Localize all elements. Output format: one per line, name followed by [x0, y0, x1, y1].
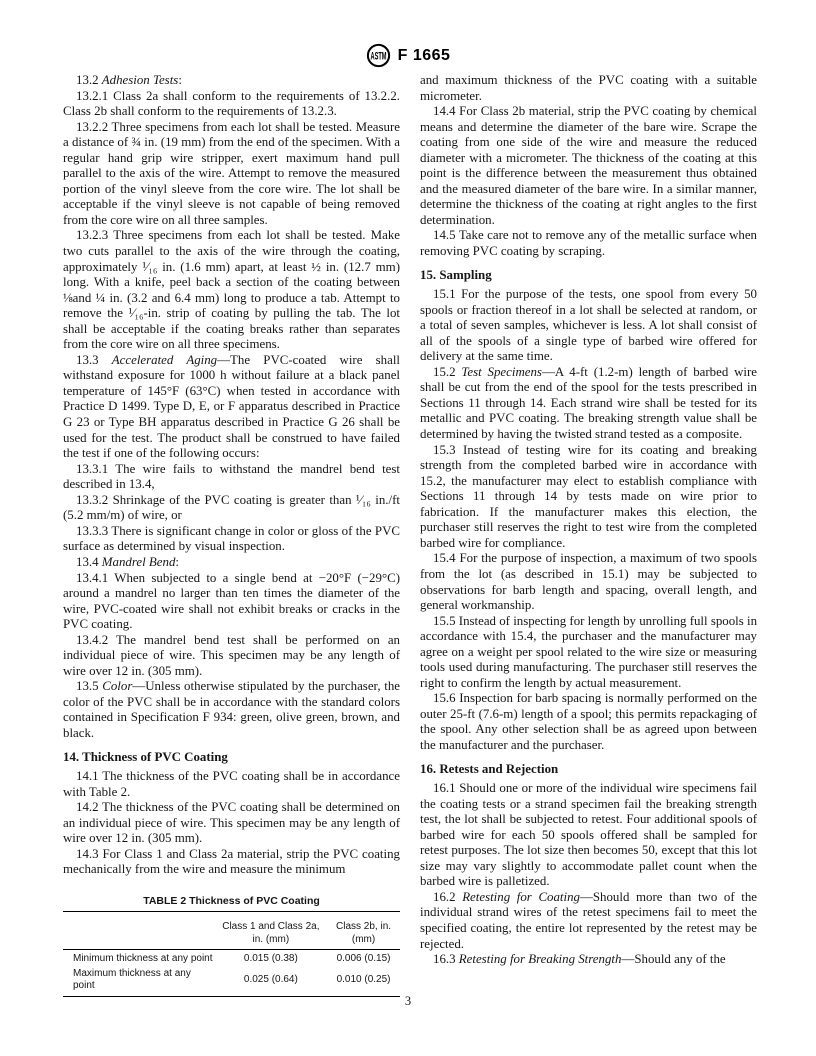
paragraph-text: 13.2.2 Three specimens from each lot sha…	[63, 120, 400, 227]
paragraph: 16.3 Retesting for Breaking Strength—Sho…	[420, 952, 757, 968]
paragraph: 15.6 Inspection for barb spacing is norm…	[420, 691, 757, 753]
paragraph-text: 13.4	[76, 555, 102, 569]
paragraph-text: 15.2	[433, 365, 461, 379]
paragraph-text: 14.4 For Class 2b material, strip the PV…	[420, 104, 757, 227]
paragraph-italic-text: Retesting for Breaking Strength	[459, 952, 622, 966]
paragraph: 14.1 The thickness of the PVC coating sh…	[63, 769, 400, 800]
paragraph: 15.5 Instead of inspecting for length by…	[420, 614, 757, 692]
doc-number: F 1665	[398, 47, 451, 65]
astm-logo-icon: ASTM	[366, 43, 391, 68]
paragraph-text: 13.3.1 The wire fails to withstand the m…	[63, 462, 400, 492]
right-column: and maximum thickness of the PVC coating…	[420, 73, 757, 997]
table-cell: 0.025 (0.64)	[215, 967, 327, 997]
paragraph-text: 15.6 Inspection for barb spacing is norm…	[420, 691, 757, 752]
page-header: ASTM F 1665	[0, 43, 816, 68]
table-2: TABLE 2 Thickness of PVC CoatingClass 1 …	[63, 895, 400, 997]
page-footer: 3	[0, 994, 816, 1009]
table-header-cell	[63, 912, 215, 950]
paragraph-italic-text: Adhesion Tests	[102, 73, 179, 87]
paragraph-text: 14.2 The thickness of the PVC coating sh…	[63, 800, 400, 845]
table-cell: 0.006 (0.15)	[327, 950, 400, 967]
paragraph-text: and maximum thickness of the PVC coating…	[420, 73, 757, 103]
paragraph-text: 15.4 For the purpose of inspection, a ma…	[420, 551, 757, 612]
paragraph: 13.3 Accelerated Aging—The PVC-coated wi…	[63, 353, 400, 462]
paragraph: 13.5 Color—Unless otherwise stipulated b…	[63, 679, 400, 741]
paragraph: 14.3 For Class 1 and Class 2a material, …	[63, 847, 400, 878]
paragraph-text: :	[178, 73, 182, 87]
paragraph-text: 14.3 For Class 1 and Class 2a material, …	[63, 847, 400, 877]
paragraph: 13.2.1 Class 2a shall conform to the req…	[63, 89, 400, 120]
paragraph-text: 13.2	[76, 73, 102, 87]
table-cell: 0.015 (0.38)	[215, 950, 327, 967]
paragraph-italic-text: Mandrel Bend	[102, 555, 176, 569]
paragraph: 14.5 Take care not to remove any of the …	[420, 228, 757, 259]
table-header-cell: Class 1 and Class 2a, in. (mm)	[215, 912, 327, 950]
paragraph: 13.3.1 The wire fails to withstand the m…	[63, 462, 400, 493]
paragraph-text: 13.3	[76, 353, 112, 367]
paragraph-text: 15.1 For the purpose of the tests, one s…	[420, 287, 757, 363]
paragraph: 14.4 For Class 2b material, strip the PV…	[420, 104, 757, 228]
page-number: 3	[405, 994, 411, 1008]
paragraph-text: —The PVC-coated wire shall withstand exp…	[63, 353, 400, 460]
paragraph-text: 13.3.2 Shrinkage of the PVC coating is g…	[63, 493, 400, 523]
paragraph: 16.1 Should one or more of the individua…	[420, 781, 757, 890]
paragraph-text: 15.3 Instead of testing wire for its coa…	[420, 443, 757, 550]
document-page: ASTM F 1665 13.2 Adhesion Tests:13.2.1 C…	[0, 0, 816, 1056]
paragraph: 15.3 Instead of testing wire for its coa…	[420, 443, 757, 552]
paragraph-text: 16.1 Should one or more of the individua…	[420, 781, 757, 888]
table-header-cell: Class 2b, in. (mm)	[327, 912, 400, 950]
paragraph: 13.2.3 Three specimens from each lot sha…	[63, 228, 400, 352]
paragraph-text: 13.5	[76, 679, 102, 693]
paragraph: 13.3.3 There is significant change in co…	[63, 524, 400, 555]
table-row: Minimum thickness at any point0.015 (0.3…	[63, 950, 400, 967]
paragraph-text: —Should any of the	[621, 952, 725, 966]
two-column-body: 13.2 Adhesion Tests:13.2.1 Class 2a shal…	[63, 73, 757, 997]
paragraph-text: 14.5 Take care not to remove any of the …	[420, 228, 757, 258]
paragraph: 13.2.2 Three specimens from each lot sha…	[63, 120, 400, 229]
paragraph-text: 14.1 The thickness of the PVC coating sh…	[63, 769, 400, 799]
table-cell: Minimum thickness at any point	[63, 950, 215, 967]
table-cell: 0.010 (0.25)	[327, 967, 400, 997]
paragraph-italic-text: Accelerated Aging	[112, 353, 217, 367]
paragraph: 13.3.2 Shrinkage of the PVC coating is g…	[63, 493, 400, 524]
paragraph-text: 16.3	[433, 952, 459, 966]
table-cell: Maximum thickness at any point	[63, 967, 215, 997]
paragraph-italic-text: Color	[102, 679, 132, 693]
paragraph: 16.2 Retesting for Coating—Should more t…	[420, 890, 757, 952]
paragraph-text: 13.2.3 Three specimens from each lot sha…	[63, 228, 400, 351]
paragraph-italic-text: Retesting for Coating	[462, 890, 580, 904]
section-heading: 16. Retests and Rejection	[420, 762, 757, 778]
paragraph: 15.4 For the purpose of inspection, a ma…	[420, 551, 757, 613]
section-heading: 15. Sampling	[420, 268, 757, 284]
table-title: TABLE 2 Thickness of PVC Coating	[63, 895, 400, 913]
paragraph-text: 15.5 Instead of inspecting for length by…	[420, 614, 757, 690]
paragraph-text: 13.2.1 Class 2a shall conform to the req…	[63, 89, 400, 119]
left-column: 13.2 Adhesion Tests:13.2.1 Class 2a shal…	[63, 73, 400, 997]
table-row: Maximum thickness at any point0.025 (0.6…	[63, 967, 400, 997]
paragraph: 13.2 Adhesion Tests:	[63, 73, 400, 89]
paragraph: 14.2 The thickness of the PVC coating sh…	[63, 800, 400, 847]
svg-text:ASTM: ASTM	[370, 50, 386, 62]
paragraph-text: 13.4.1 When subjected to a single bend a…	[63, 571, 400, 632]
paragraph: 15.1 For the purpose of the tests, one s…	[420, 287, 757, 365]
paragraph-text: 16.2	[433, 890, 462, 904]
paragraph: 13.4 Mandrel Bend:	[63, 555, 400, 571]
paragraph-text: 13.4.2 The mandrel bend test shall be pe…	[63, 633, 400, 678]
paragraph-italic-text: Test Specimens	[461, 365, 542, 379]
paragraph-text: :	[175, 555, 179, 569]
paragraph: 13.4.1 When subjected to a single bend a…	[63, 571, 400, 633]
paragraph: 15.2 Test Specimens—A 4-ft (1.2-m) lengt…	[420, 365, 757, 443]
paragraph-text: 13.3.3 There is significant change in co…	[63, 524, 400, 554]
paragraph: and maximum thickness of the PVC coating…	[420, 73, 757, 104]
section-heading: 14. Thickness of PVC Coating	[63, 750, 400, 766]
paragraph: 13.4.2 The mandrel bend test shall be pe…	[63, 633, 400, 680]
